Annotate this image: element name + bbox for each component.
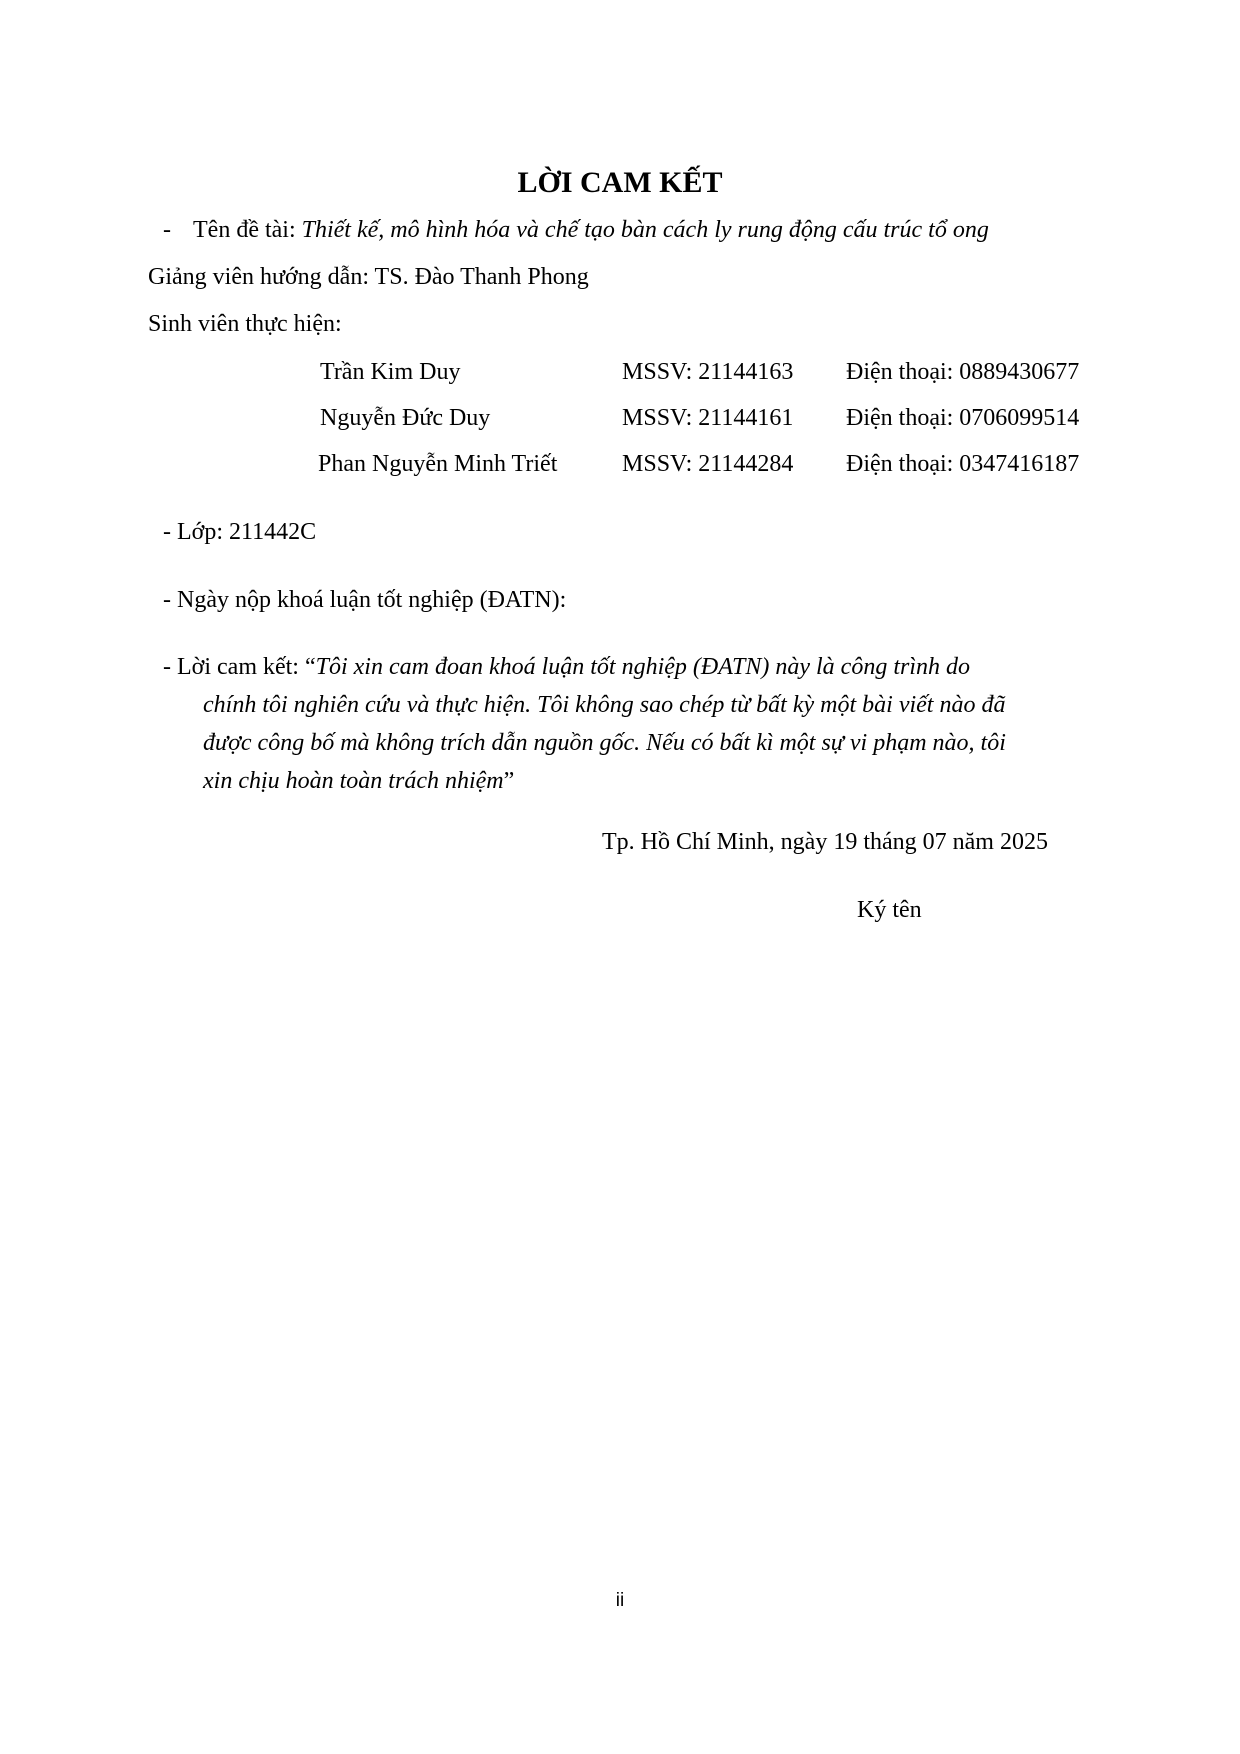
topic-value: Thiết kế, mô hình hóa và chế tạo bàn các… xyxy=(302,217,989,243)
date-line: Tp. Hồ Chí Minh, ngày 19 tháng 07 năm 20… xyxy=(602,830,1048,854)
class-line: - Lớp: 211442C xyxy=(163,520,316,544)
student-name: Trần Kim Duy xyxy=(320,360,460,384)
student-phone: Điện thoại: 0706099514 xyxy=(846,406,1079,430)
student-mssv: MSSV: 21144161 xyxy=(622,406,793,430)
commitment-line-3: được công bố mà không trích dẫn nguồn gố… xyxy=(203,731,1006,755)
commitment-line-2: chính tôi nghiên cứu và thực hiện. Tôi k… xyxy=(203,693,1005,717)
topic-bullet: - xyxy=(163,217,171,243)
submission-date-line: - Ngày nộp khoá luận tốt nghiệp (ĐATN): xyxy=(163,588,566,612)
commitment-line-4: xin chịu hoàn toàn trách nhiệm” xyxy=(203,769,514,793)
student-mssv: MSSV: 21144163 xyxy=(622,360,793,384)
page-number: ii xyxy=(0,1590,1240,1612)
page-title: LỜI CAM KẾT xyxy=(0,168,1240,198)
student-phone: Điện thoại: 0347416187 xyxy=(846,452,1079,476)
topic-label: Tên đề tài: xyxy=(193,217,302,243)
commitment-label: - Lời cam kết: “ xyxy=(163,654,316,680)
student-name: Phan Nguyễn Minh Triết xyxy=(318,452,557,476)
commitment-line-1: - Lời cam kết: “Tôi xin cam đoan khoá lu… xyxy=(163,655,970,679)
advisor-line: Giảng viên hướng dẫn: TS. Đào Thanh Phon… xyxy=(148,265,589,289)
student-mssv: MSSV: 21144284 xyxy=(622,452,793,476)
topic-line: -Tên đề tài: Thiết kế, mô hình hóa và ch… xyxy=(163,218,989,242)
signature-label: Ký tên xyxy=(857,898,922,922)
student-name: Nguyễn Đức Duy xyxy=(320,406,490,430)
student-phone: Điện thoại: 0889430677 xyxy=(846,360,1079,384)
students-label: Sinh viên thực hiện: xyxy=(148,312,342,336)
